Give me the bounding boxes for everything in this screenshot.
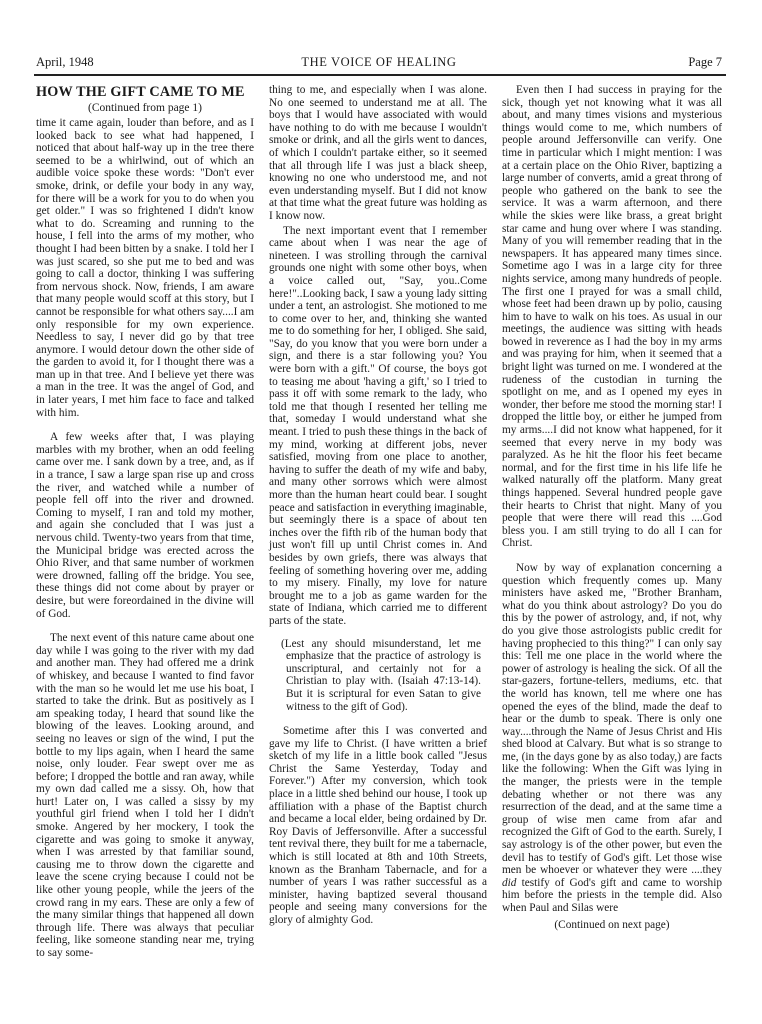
paragraph-text: Now by way of explanation concerning a q…	[502, 562, 722, 876]
article-title: HOW THE GIFT CAME TO ME	[36, 84, 254, 101]
paragraph: Even then I had success in praying for t…	[502, 84, 722, 550]
article-subtitle: (Continued from page 1)	[36, 102, 254, 115]
paragraph-text: ....they	[691, 864, 722, 876]
page-number: Page 7	[688, 55, 722, 70]
paragraph: The next event of this nature came about…	[36, 632, 254, 959]
paragraph: time it came again, louder than before, …	[36, 117, 254, 419]
column-2: thing to me, and especially when I was a…	[269, 84, 487, 927]
paragraph: The next important event that I remember…	[269, 225, 487, 628]
header-rule	[34, 74, 726, 76]
emphasis: did	[502, 877, 516, 889]
publication-title: THE VOICE OF HEALING	[36, 55, 722, 70]
page-header: April, 1948 THE VOICE OF HEALING Page 7	[36, 55, 722, 73]
column-3: Even then I had success in praying for t…	[502, 84, 722, 931]
paragraph: Now by way of explanation concerning a q…	[502, 562, 722, 915]
parenthetical-note: (Lest any should misunderstand, let me e…	[281, 638, 481, 714]
column-1: HOW THE GIFT CAME TO ME (Continued from …	[36, 84, 254, 960]
paragraph: thing to me, and especially when I was a…	[269, 84, 487, 223]
paragraph: A few weeks after that, I was playing ma…	[36, 431, 254, 620]
paragraph-text: testify of God's gift and came to worshi…	[502, 877, 722, 914]
paragraph: Sometime after this I was converted and …	[269, 725, 487, 927]
continued-notice: (Continued on next page)	[502, 919, 722, 932]
